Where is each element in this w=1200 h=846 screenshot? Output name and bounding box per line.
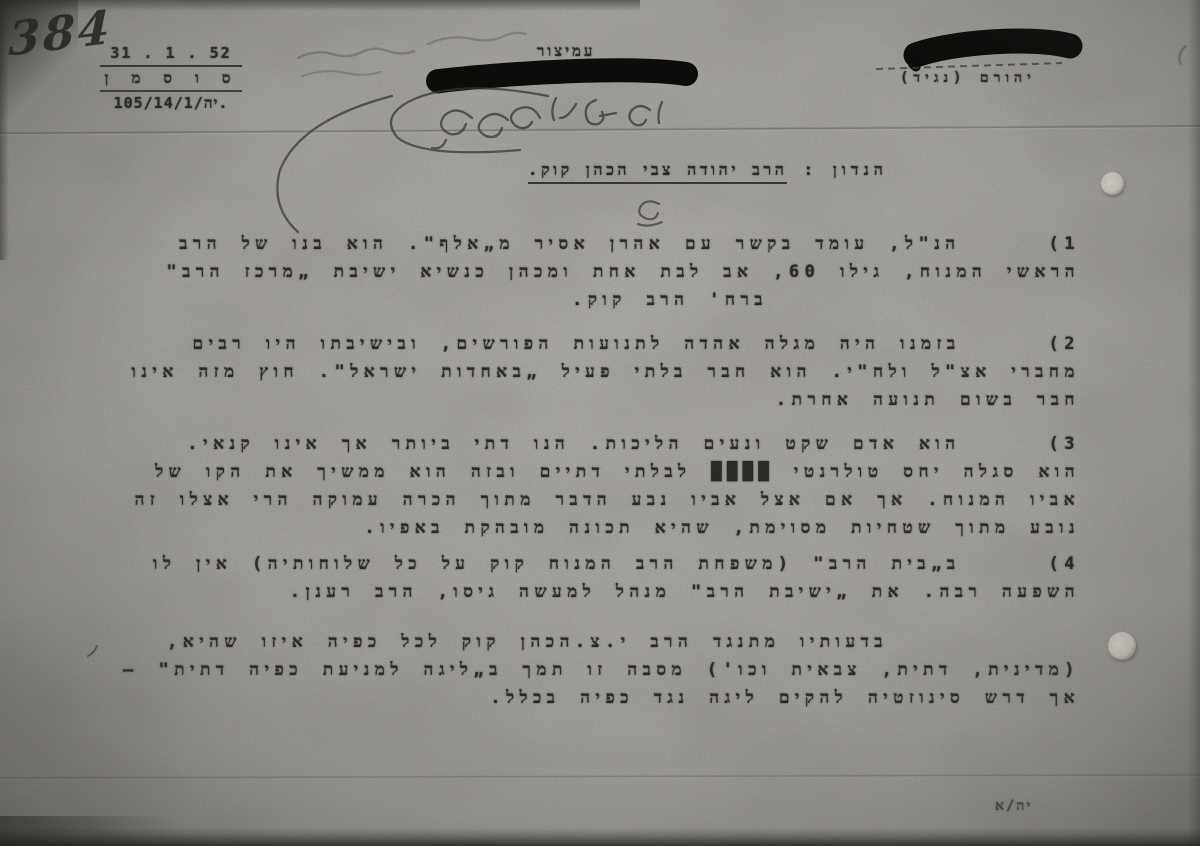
- paragraph-line: (1הנ"ל, עומד בקשר עם אהרן אסיר מ„אלף". ה…: [70, 230, 1080, 258]
- paragraph-text: הנ"ל, עומד בקשר עם אהרן אסיר מ„אלף". הוא…: [179, 234, 960, 254]
- paragraph-line-with-blot: הוא סגלה יחס טולרנטי ████ לבלתי דתיים וב…: [70, 458, 1080, 486]
- paper-crease-bottom: [0, 773, 1200, 779]
- paragraph-line: בדעותיו מתנגד הרב י.צ.הכהן קוק לכל כפיה …: [70, 628, 1080, 656]
- paragraph-text: בזמנו היה מגלה אהדה לתנועות הפורשים, ובי…: [192, 334, 960, 354]
- redaction-bar-center-thick-end: [438, 75, 565, 85]
- photo-corner-shadow-bottom: [0, 816, 260, 846]
- paragraph-line: מחברי אצ"ל ולח"י. הוא חבר בלתי פעיל „באח…: [70, 358, 1080, 386]
- paragraph-line: השפעה רבה. את „ישיבת הרב" מנהל למעשה גיס…: [70, 578, 1080, 606]
- redaction-bar-right-drip: [912, 58, 916, 67]
- paragraph-text: הוא אדם שקט ונעים הליכות. הנו דתי ביותר …: [187, 434, 960, 454]
- paragraph-line: (3הוא אדם שקט ונעים הליכות. הנו דתי ביות…: [70, 430, 1080, 458]
- subject-value: הרב יהודה צבי הכהן קוק.: [528, 160, 788, 184]
- right-codename: יהורם (נגיד): [900, 70, 1036, 87]
- paragraph-line: (4ב„בית הרב" (משפחת הרב המנוח קוק על כל …: [70, 550, 1080, 578]
- paragraph-line: אביו המנוח. אך אם אצל אביו נבע הדבר מתוך…: [70, 486, 1080, 514]
- paragraph-1: (1הנ"ל, עומד בקשר עם אהרן אסיר מ„אלף". ה…: [70, 230, 1080, 314]
- paragraph-number: (3: [1049, 430, 1080, 458]
- paragraph-line: אך דרש סינוזטיה להקים ליגה נגד כפיה בכלל…: [70, 684, 1080, 712]
- punch-hole-bottom: [1108, 632, 1136, 660]
- paragraph-2: (2בזמנו היה מגלה אהדה לתנועות הפורשים, ו…: [70, 330, 1080, 414]
- paragraph-text: ב„בית הרב" (משפחת הרב המנוח קוק על כל של…: [153, 554, 960, 574]
- paragraph-3: (3הוא אדם שקט ונעים הליכות. הנו דתי ביות…: [70, 430, 1080, 542]
- header-date-block: 31 . 1 . 52 ס ו ס מ ן 105/14/1/יה.: [100, 42, 242, 114]
- subject-label: הנדון :: [803, 160, 888, 179]
- file-reference: 105/14/1/יה.: [100, 92, 242, 114]
- paragraph-number: (2: [1049, 330, 1080, 358]
- pencil-mark-paragraph1: [638, 201, 662, 225]
- handwritten-page-number: 384: [8, 0, 113, 67]
- paper-crease-top: [0, 124, 1200, 135]
- document-date: 31 . 1 . 52: [100, 42, 242, 67]
- punch-hole-top: [1101, 172, 1124, 195]
- paragraph-line: (מדינית, דתית, צבאית וכו') מסבה זו תמך ב…: [70, 656, 1080, 684]
- paragraph-line: ברח' הרב קוק.: [70, 286, 1080, 314]
- dashed-underline: [876, 63, 1062, 69]
- subject-line: הנדון :הרב יהודה צבי הכהן קוק.: [468, 157, 888, 183]
- center-codename: עמיצור: [537, 42, 595, 65]
- paragraph-number: (4: [1049, 550, 1080, 578]
- header-codeword: ס ו ס מ ן: [100, 67, 242, 92]
- paragraph-line: חבר בשום תנועה אחרת.: [70, 386, 1080, 414]
- pencil-scribbles: [298, 33, 1186, 76]
- paragraph-4: (4ב„בית הרב" (משפחת הרב המנוח קוק על כל …: [70, 550, 1080, 606]
- paragraph-line: נובע מתוך שטחיות מסוימת, שהיא תכונה מובה…: [70, 514, 1080, 542]
- paragraph-line: (2בזמנו היה מגלה אהדה לתנועות הפורשים, ו…: [70, 330, 1080, 358]
- footer-reference-mark: יה/א: [995, 798, 1032, 815]
- paragraph-text: בדעותיו מתנגד הרב י.צ.הכהן קוק לכל כפיה …: [167, 632, 888, 652]
- paragraph-5: בדעותיו מתנגד הרב י.צ.הכהן קוק לכל כפיה …: [70, 628, 1080, 712]
- redaction-bar-center: [438, 70, 686, 81]
- redaction-bar-right: [916, 41, 1070, 55]
- paragraph-line: הראשי המנוח, גילו 60, אב לבת אחת ומכהן כ…: [70, 258, 1080, 286]
- paragraph-number: (1: [1049, 230, 1080, 258]
- scanned-document-photo: 384 31 . 1 . 52 ס ו ס מ ן 105/14/1/יה. ע…: [0, 0, 1200, 846]
